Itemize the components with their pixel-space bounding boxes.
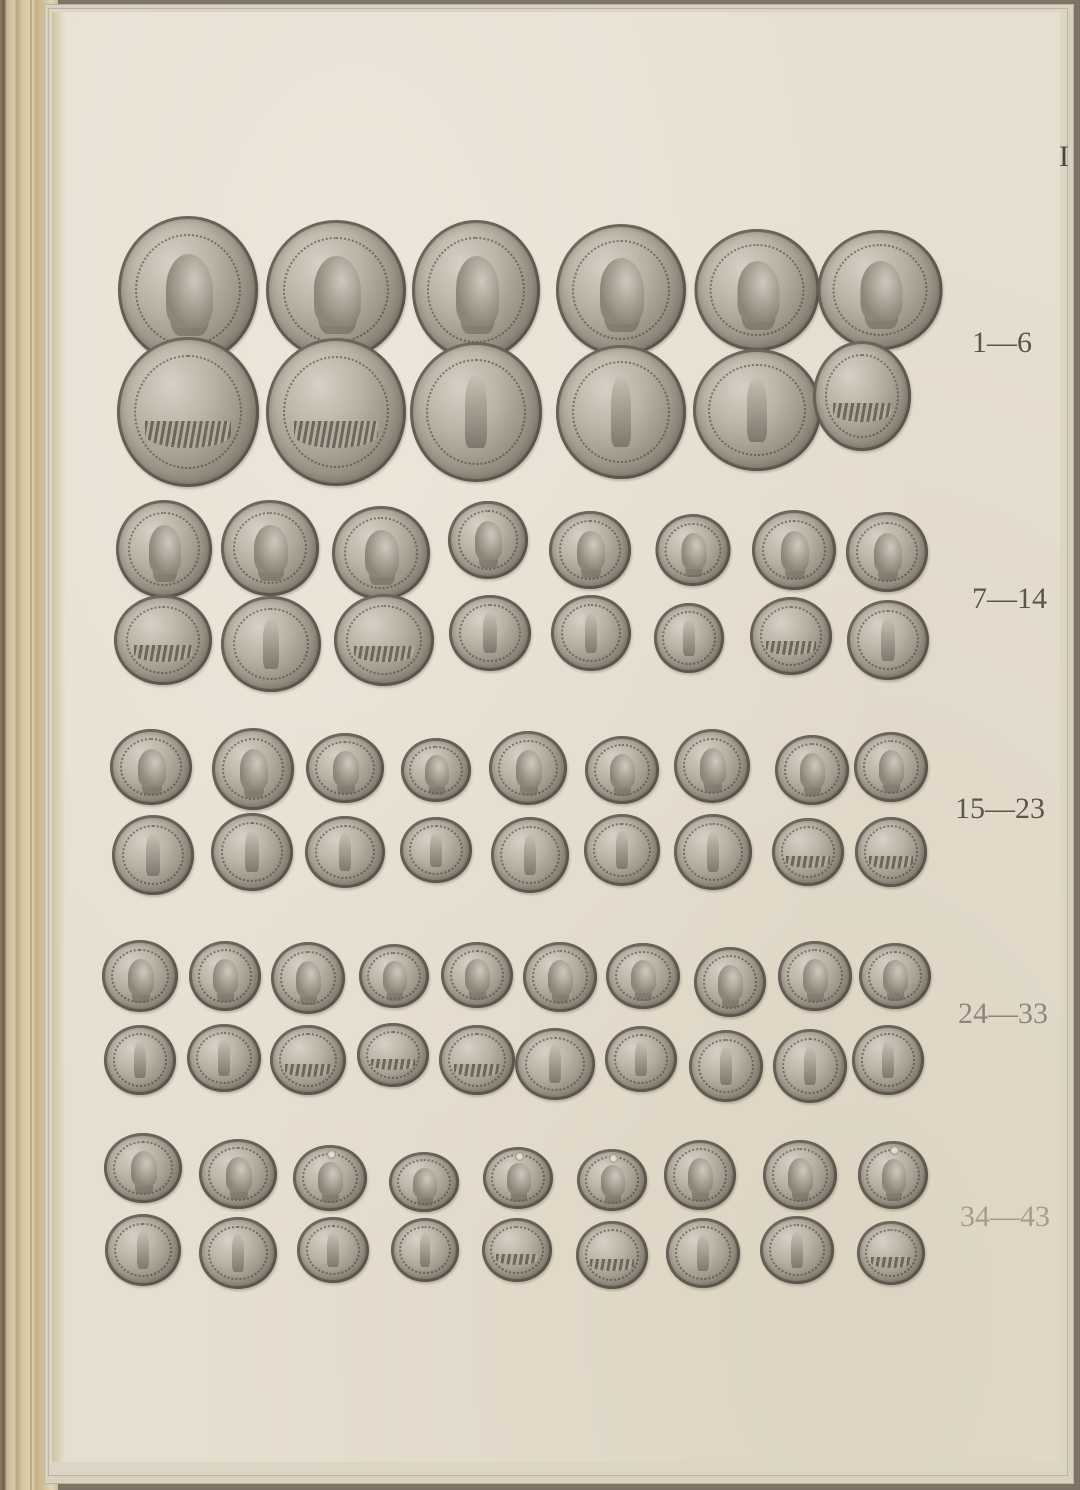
coin-obverse xyxy=(778,941,852,1011)
coin-range-label: 34—43 xyxy=(960,1200,1050,1234)
plate-page: I 1—67—1415—2324—3334—43 xyxy=(52,12,1060,1462)
coin-reverse xyxy=(439,1025,515,1095)
coin-hole xyxy=(515,1152,524,1161)
coin-obverse xyxy=(104,1133,182,1203)
coin-reverse xyxy=(105,1214,181,1286)
coin-obverse xyxy=(664,1140,736,1210)
coin-reverse xyxy=(855,817,927,887)
coin-reverse xyxy=(104,1025,176,1095)
coin-reverse xyxy=(551,595,631,671)
coin-reverse xyxy=(605,1026,677,1092)
coin-reverse xyxy=(693,349,821,471)
coin-reverse xyxy=(515,1028,595,1100)
coin-reverse xyxy=(666,1218,740,1288)
coin-obverse xyxy=(694,947,766,1017)
coin-range-label: 1—6 xyxy=(972,326,1032,360)
coin-obverse xyxy=(674,729,750,803)
coin-obverse xyxy=(846,512,928,592)
coin-obverse xyxy=(306,733,384,803)
coin-reverse xyxy=(305,816,385,888)
coin-obverse xyxy=(549,511,631,589)
coin-obverse xyxy=(412,220,540,360)
coin-reverse xyxy=(449,595,531,671)
coin-hole xyxy=(609,1154,618,1163)
coin-obverse xyxy=(271,942,345,1014)
coin-obverse xyxy=(585,736,659,804)
coin-reverse xyxy=(211,813,293,891)
coin-reverse xyxy=(117,337,259,487)
coin-obverse xyxy=(556,224,686,356)
coin-reverse xyxy=(491,817,569,893)
coin-obverse xyxy=(523,942,597,1012)
coin-obverse xyxy=(858,1141,928,1209)
coin-obverse xyxy=(212,728,294,810)
coin-reverse xyxy=(654,603,724,673)
coin-obverse xyxy=(116,500,212,598)
coin-reverse xyxy=(114,595,212,685)
coin-obverse xyxy=(695,229,820,351)
coin-reverse xyxy=(772,818,844,886)
coin-obverse xyxy=(818,230,943,350)
coin-obverse xyxy=(854,732,928,802)
coin-range-label: 15—23 xyxy=(955,792,1045,826)
coin-obverse xyxy=(775,735,849,805)
coin-obverse xyxy=(441,942,513,1008)
coin-reverse xyxy=(847,600,929,680)
coin-obverse xyxy=(102,940,178,1012)
coin-reverse xyxy=(576,1221,648,1289)
coin-obverse xyxy=(389,1152,459,1212)
coin-reverse xyxy=(112,815,194,895)
coin-obverse xyxy=(448,501,528,579)
coin-obverse xyxy=(221,500,319,596)
coin-reverse xyxy=(410,342,542,482)
coin-range-label: 24—33 xyxy=(958,997,1048,1031)
coin-hole xyxy=(327,1150,336,1159)
coin-obverse xyxy=(859,943,931,1009)
coin-reverse xyxy=(773,1029,847,1103)
coin-reverse xyxy=(689,1030,763,1102)
coin-reverse xyxy=(674,814,752,890)
plate-number: I xyxy=(1059,140,1069,174)
coin-reverse xyxy=(391,1218,459,1282)
coin-reverse xyxy=(852,1025,924,1095)
coin-reverse xyxy=(400,817,472,883)
coin-obverse xyxy=(189,941,261,1011)
coin-reverse xyxy=(221,596,321,692)
coin-reverse xyxy=(813,341,911,451)
coin-reverse xyxy=(857,1221,925,1285)
coin-reverse xyxy=(297,1217,369,1283)
coin-reverse xyxy=(357,1023,429,1087)
coin-reverse xyxy=(187,1024,261,1092)
coin-obverse xyxy=(332,506,430,600)
coin-reverse xyxy=(482,1218,552,1282)
coin-reverse xyxy=(750,597,832,675)
coin-reverse xyxy=(556,345,686,479)
coin-obverse xyxy=(752,510,836,590)
coin-reverse xyxy=(270,1025,346,1095)
coin-reverse xyxy=(199,1217,277,1289)
coin-reverse xyxy=(266,338,406,486)
coin-range-label: 7—14 xyxy=(972,582,1047,616)
coin-reverse xyxy=(760,1216,834,1284)
coin-obverse xyxy=(110,729,192,805)
coin-obverse xyxy=(483,1147,553,1209)
coin-obverse xyxy=(656,514,731,586)
coin-obverse xyxy=(359,944,429,1008)
coin-reverse xyxy=(334,594,434,686)
coin-obverse xyxy=(293,1145,367,1211)
coin-obverse xyxy=(763,1140,837,1210)
coin-obverse xyxy=(606,943,680,1009)
coin-reverse xyxy=(584,814,660,886)
coin-obverse xyxy=(489,731,567,805)
coin-obverse xyxy=(199,1139,277,1209)
coin-obverse xyxy=(401,738,471,802)
coin-obverse xyxy=(577,1149,647,1211)
coin-hole xyxy=(890,1146,899,1155)
